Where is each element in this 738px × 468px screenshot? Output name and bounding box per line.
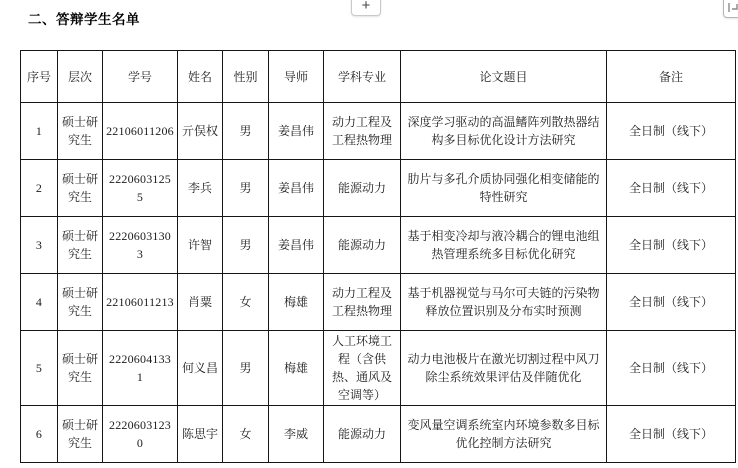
cell-major: 动力工程及工程热物理 (324, 274, 401, 331)
cell-supervisor: 李威 (269, 406, 324, 463)
cell-name: 肖粟 (178, 274, 223, 331)
header-gender: 性别 (223, 51, 269, 103)
cell-level: 硕士研究生 (58, 160, 103, 217)
cell-level: 硕士研究生 (58, 331, 103, 406)
table-row: 1 硕士研究生 22106011206 亓俣权 男 姜昌伟 动力工程及工程热物理… (21, 103, 736, 160)
cell-name: 何义昌 (178, 331, 223, 406)
cell-level: 硕士研究生 (58, 103, 103, 160)
cell-name: 许智 (178, 217, 223, 274)
cell-name: 李兵 (178, 160, 223, 217)
cell-major: 能源动力 (324, 406, 401, 463)
cell-gender: 女 (223, 406, 269, 463)
cell-student-id: 22106011206 (103, 103, 178, 160)
cell-student-id: 22206031255 (103, 160, 178, 217)
cell-no: 2 (21, 160, 58, 217)
expand-icon (728, 2, 738, 13)
plus-icon: + (362, 0, 371, 13)
table-row: 2 硕士研究生 22206031255 李兵 男 姜昌伟 能源动力 肋片与多孔介… (21, 160, 736, 217)
cell-gender: 男 (223, 103, 269, 160)
cell-student-id: 22106011213 (103, 274, 178, 331)
cell-name: 亓俣权 (178, 103, 223, 160)
cell-level: 硕士研究生 (58, 217, 103, 274)
page-title: 二、答辩学生名单 (28, 8, 140, 28)
cell-major: 人工环境工程（含供热、通风及空调等） (324, 331, 401, 406)
cell-student-id: 22206031303 (103, 217, 178, 274)
cell-thesis-title: 基于机器视觉与马尔可夫链的污染物释放位置识别及分布实时预测 (401, 274, 607, 331)
header-supervisor: 导师 (269, 51, 324, 103)
cell-supervisor: 姜昌伟 (269, 103, 324, 160)
cell-remark: 全日制（线下） (607, 217, 736, 274)
header-thesis-title: 论文题目 (401, 51, 607, 103)
header-no: 序号 (21, 51, 58, 103)
header-row: 序号 层次 学号 姓名 性别 导师 学科专业 论文题目 备注 (21, 51, 736, 103)
cell-gender: 男 (223, 160, 269, 217)
header-name: 姓名 (178, 51, 223, 103)
cell-major: 能源动力 (324, 160, 401, 217)
cell-thesis-title: 肋片与多孔介质协同强化相变储能的特性研究 (401, 160, 607, 217)
header-major: 学科专业 (324, 51, 401, 103)
cell-gender: 男 (223, 331, 269, 406)
header-remark: 备注 (607, 51, 736, 103)
cell-remark: 全日制（线下） (607, 160, 736, 217)
table-row: 3 硕士研究生 22206031303 许智 男 姜昌伟 能源动力 基于相变冷却… (21, 217, 736, 274)
cell-thesis-title: 动力电池极片在激光切割过程中风刀除尘系统效果评估及伴随优化 (401, 331, 607, 406)
cell-remark: 全日制（线下） (607, 331, 736, 406)
cell-remark: 全日制（线下） (607, 274, 736, 331)
cell-supervisor: 姜昌伟 (269, 160, 324, 217)
header-student-id: 学号 (103, 51, 178, 103)
cell-thesis-title: 基于相变冷却与液冷耦合的锂电池组热管理系统多目标优化研究 (401, 217, 607, 274)
cell-gender: 女 (223, 274, 269, 331)
cell-thesis-title: 深度学习驱动的高温鳍阵列散热器结构多目标优化设计方法研究 (401, 103, 607, 160)
cell-name: 陈思宇 (178, 406, 223, 463)
cell-student-id: 22206041331 (103, 331, 178, 406)
cell-major: 动力工程及工程热物理 (324, 103, 401, 160)
cell-remark: 全日制（线下） (607, 406, 736, 463)
student-roster-table: 序号 层次 学号 姓名 性别 导师 学科专业 论文题目 备注 1 硕士研究生 2… (20, 50, 736, 463)
cell-supervisor: 姜昌伟 (269, 217, 324, 274)
cell-remark: 全日制（线下） (607, 103, 736, 160)
cell-supervisor: 梅雄 (269, 331, 324, 406)
table-row: 5 硕士研究生 22206041331 何义昌 男 梅雄 人工环境工程（含供热、… (21, 331, 736, 406)
cell-major: 能源动力 (324, 217, 401, 274)
cell-no: 1 (21, 103, 58, 160)
cell-no: 3 (21, 217, 58, 274)
cell-gender: 男 (223, 217, 269, 274)
cell-level: 硕士研究生 (58, 274, 103, 331)
cell-no: 6 (21, 406, 58, 463)
header-level: 层次 (58, 51, 103, 103)
table-row: 6 硕士研究生 22206031230 陈思宇 女 李威 能源动力 变风量空调系… (21, 406, 736, 463)
table-row: 4 硕士研究生 22106011213 肖粟 女 梅雄 动力工程及工程热物理 基… (21, 274, 736, 331)
cell-student-id: 22206031230 (103, 406, 178, 463)
cell-thesis-title: 变风量空调系统室内环境参数多目标优化控制方法研究 (401, 406, 607, 463)
add-button[interactable]: + (351, 0, 381, 16)
expand-button[interactable] (723, 0, 738, 18)
cell-no: 4 (21, 274, 58, 331)
cell-level: 硕士研究生 (58, 406, 103, 463)
cell-supervisor: 梅雄 (269, 274, 324, 331)
cell-no: 5 (21, 331, 58, 406)
